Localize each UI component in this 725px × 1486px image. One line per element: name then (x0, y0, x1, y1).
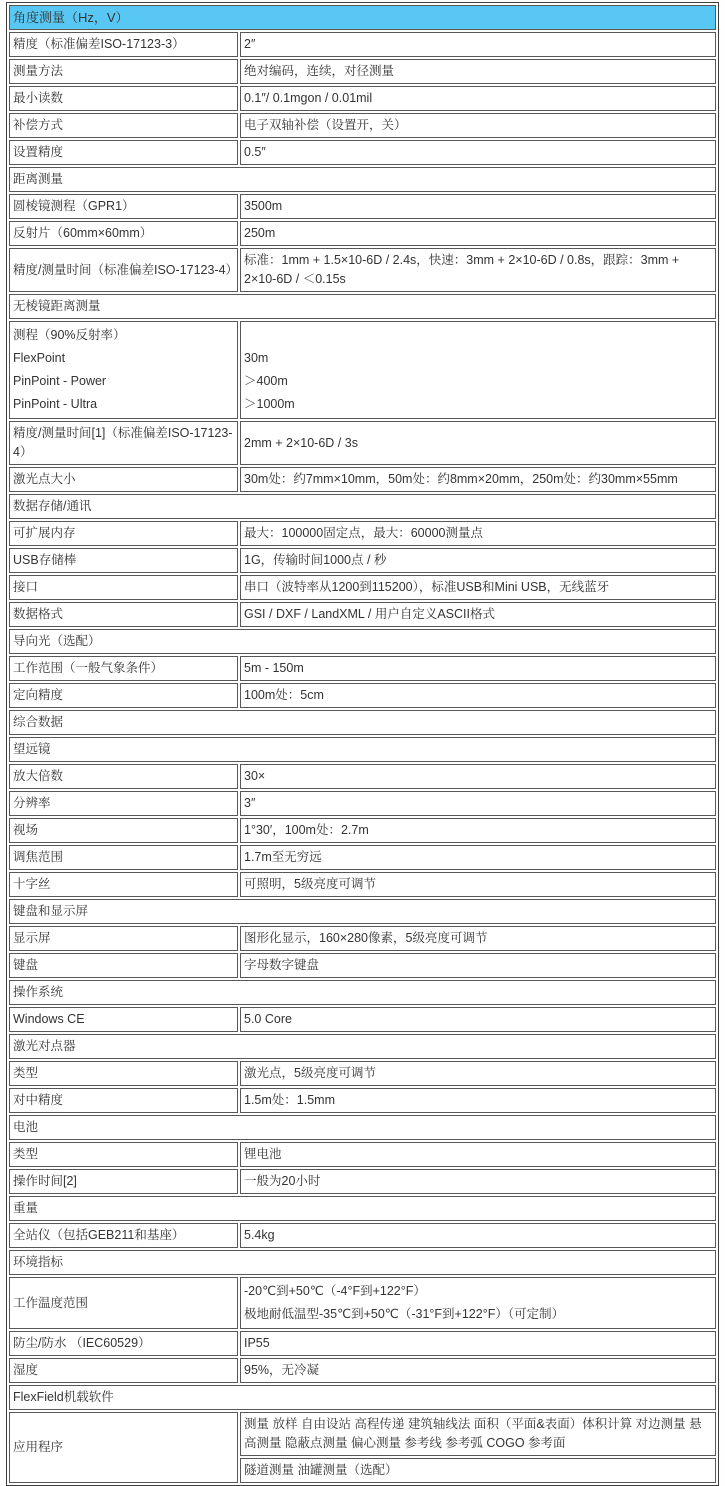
spec-label: 反射片（60mm×60mm） (9, 221, 238, 246)
spec-value: 3500m (240, 194, 716, 219)
spec-label: 设置精度 (9, 140, 238, 165)
spec-row: 定向精度100m处：5cm (9, 683, 716, 708)
spec-row: 调焦范围1.7m至无穷远 (9, 845, 716, 870)
spec-value: 95%，无冷凝 (240, 1358, 716, 1383)
spec-value: 0.1″/ 0.1mgon / 0.01mil (240, 86, 716, 111)
spec-label: 显示屏 (9, 926, 238, 951)
section-title: 综合数据 (9, 710, 716, 735)
spec-row: 显示屏图形化显示，160×280像素，5级亮度可调节 (9, 926, 716, 951)
spec-page: 角度测量（Hz，V）精度（标准偏差ISO-17123-3）2″测量方法绝对编码，… (0, 0, 725, 1465)
spec-row: 十字丝可照明，5级亮度可调节 (9, 872, 716, 897)
spec-value: 250m (240, 221, 716, 246)
spec-value: 1°30′，100m处：2.7m (240, 818, 716, 843)
section-title: 激光对点器 (9, 1034, 716, 1059)
spec-value: 3″ (240, 791, 716, 816)
spec-row: 工作范围（一般气象条件）5m - 150m (9, 656, 716, 681)
spec-value: 30m＞400m＞1000m (240, 321, 716, 419)
spec-value: 5.4kg (240, 1223, 716, 1248)
spec-row: 圆棱镜测程（GPR1）3500m (9, 194, 716, 219)
spec-value: 隧道测量 油罐测量（选配） (240, 1458, 716, 1483)
spec-value: 0.5″ (240, 140, 716, 165)
spec-row: 补偿方式电子双轴补偿（设置开，关） (9, 113, 716, 138)
spec-label: 测量方法 (9, 59, 238, 84)
section-title: 导向光（选配） (9, 629, 716, 654)
spec-value: 字母数字键盘 (240, 953, 716, 978)
section-header-row: FlexField机载软件 (9, 1385, 716, 1410)
spec-row: 精度/测量时间（标准偏差ISO-17123-4）标准：1mm + 1.5×10-… (9, 248, 716, 292)
section-header-row: 综合数据 (9, 710, 716, 735)
spec-label: 可扩展内存 (9, 521, 238, 546)
section-header-row: 无棱镜距离测量 (9, 294, 716, 319)
section-header-row: 距离测量 (9, 167, 716, 192)
section-header-row: 环境指标 (9, 1250, 716, 1275)
spec-label: 补偿方式 (9, 113, 238, 138)
spec-value: 一般为20小时 (240, 1169, 716, 1194)
spec-value: 100m处：5cm (240, 683, 716, 708)
spec-label: 对中精度 (9, 1088, 238, 1113)
spec-value: IP55 (240, 1331, 716, 1356)
section-header-row: 激光对点器 (9, 1034, 716, 1059)
section-title: 环境指标 (9, 1250, 716, 1275)
spec-label: 工作范围（一般气象条件） (9, 656, 238, 681)
spec-row: 最小读数0.1″/ 0.1mgon / 0.01mil (9, 86, 716, 111)
cell-line: PinPoint - Ultra (13, 393, 233, 416)
section-title: 数据存储/通讯 (9, 494, 716, 519)
spec-label: 类型 (9, 1142, 238, 1167)
spec-row: 湿度95%，无冷凝 (9, 1358, 716, 1383)
spec-row: 防尘/防水 （IEC60529）IP55 (9, 1331, 716, 1356)
spec-label: 调焦范围 (9, 845, 238, 870)
section-header-row: 导向光（选配） (9, 629, 716, 654)
spec-label: 键盘 (9, 953, 238, 978)
spec-value: 锂电池 (240, 1142, 716, 1167)
spec-label: 十字丝 (9, 872, 238, 897)
cell-line: PinPoint - Power (13, 370, 233, 393)
cell-line: ＞1000m (244, 393, 711, 416)
spec-value: 30m处：约7mm×10mm，50m处：约8mm×20mm，250m处：约30m… (240, 467, 716, 492)
spec-value: -20℃到+50℃（-4°F到+122°F）极地耐低温型-35℃到+50℃（-3… (240, 1277, 716, 1329)
section-title: 重量 (9, 1196, 716, 1221)
section-header-row: 数据存储/通讯 (9, 494, 716, 519)
spec-row: 类型激光点，5级亮度可调节 (9, 1061, 716, 1086)
section-title: 键盘和显示屏 (9, 899, 716, 924)
spec-value: 绝对编码，连续，对径测量 (240, 59, 716, 84)
spec-value: 1.5m处：1.5mm (240, 1088, 716, 1113)
spec-label: 最小读数 (9, 86, 238, 111)
section-header-row: 操作系统 (9, 980, 716, 1005)
spec-row: 键盘字母数字键盘 (9, 953, 716, 978)
table-header-title: 角度测量（Hz，V） (9, 5, 716, 30)
section-title: 无棱镜距离测量 (9, 294, 716, 319)
spec-label: 精度/测量时间[1]（标准偏差ISO-17123-4） (9, 421, 238, 465)
cell-line: -20℃到+50℃（-4°F到+122°F） (244, 1280, 711, 1303)
spec-value: 2″ (240, 32, 716, 57)
spec-row: USB存储棒1G，传输时间1000点 / 秒 (9, 548, 716, 573)
cell-line: 30m (244, 347, 711, 370)
section-title: 望远镜 (9, 737, 716, 762)
spec-row: 应用程序测量 放样 自由设站 高程传递 建筑轴线法 面积（平面&表面）体积计算 … (9, 1412, 716, 1456)
spec-value: 2mm + 2×10-6D / 3s (240, 421, 716, 465)
spec-value: 1.7m至无穷远 (240, 845, 716, 870)
spec-label: 接口 (9, 575, 238, 600)
spec-row: 全站仪（包括GEB211和基座）5.4kg (9, 1223, 716, 1248)
cell-line: 极地耐低温型-35℃到+50℃（-31°F到+122°F）（可定制） (244, 1303, 711, 1326)
cell-line (244, 324, 711, 347)
spec-value: 1G，传输时间1000点 / 秒 (240, 548, 716, 573)
spec-row: 精度（标准偏差ISO-17123-3）2″ (9, 32, 716, 57)
spec-row: 类型锂电池 (9, 1142, 716, 1167)
spec-label: 防尘/防水 （IEC60529） (9, 1331, 238, 1356)
spec-label: 定向精度 (9, 683, 238, 708)
spec-label: 类型 (9, 1061, 238, 1086)
spec-label: 数据格式 (9, 602, 238, 627)
cell-line: 测程（90%反射率） (13, 324, 233, 347)
spec-value: 30× (240, 764, 716, 789)
section-title: FlexField机载软件 (9, 1385, 716, 1410)
spec-row: 数据格式GSI / DXF / LandXML / 用户自定义ASCII格式 (9, 602, 716, 627)
spec-label: 精度/测量时间（标准偏差ISO-17123-4） (9, 248, 238, 292)
spec-label: 测程（90%反射率）FlexPointPinPoint - PowerPinPo… (9, 321, 238, 419)
spec-value: GSI / DXF / LandXML / 用户自定义ASCII格式 (240, 602, 716, 627)
spec-row: 测量方法绝对编码，连续，对径测量 (9, 59, 716, 84)
spec-row-multiline: 工作温度范围-20℃到+50℃（-4°F到+122°F）极地耐低温型-35℃到+… (9, 1277, 716, 1329)
spec-row: 设置精度0.5″ (9, 140, 716, 165)
spec-value: 激光点，5级亮度可调节 (240, 1061, 716, 1086)
section-header-row: 键盘和显示屏 (9, 899, 716, 924)
spec-row: 对中精度1.5m处：1.5mm (9, 1088, 716, 1113)
section-title: 操作系统 (9, 980, 716, 1005)
spec-row-multiline: 测程（90%反射率）FlexPointPinPoint - PowerPinPo… (9, 321, 716, 419)
spec-label: 激光点大小 (9, 467, 238, 492)
spec-value: 5m - 150m (240, 656, 716, 681)
cell-line: FlexPoint (13, 347, 233, 370)
spec-row: 操作时间[2]一般为20小时 (9, 1169, 716, 1194)
spec-label: 视场 (9, 818, 238, 843)
spec-row: 视场1°30′，100m处：2.7m (9, 818, 716, 843)
spec-value: 最大：100000固定点，最大：60000测量点 (240, 521, 716, 546)
spec-value: 图形化显示，160×280像素，5级亮度可调节 (240, 926, 716, 951)
spec-row: 放大倍数30× (9, 764, 716, 789)
section-header-row: 电池 (9, 1115, 716, 1140)
spec-value: 可照明，5级亮度可调节 (240, 872, 716, 897)
spec-row: 精度/测量时间[1]（标准偏差ISO-17123-4）2mm + 2×10-6D… (9, 421, 716, 465)
spec-label: 操作时间[2] (9, 1169, 238, 1194)
spec-row: 可扩展内存最大：100000固定点，最大：60000测量点 (9, 521, 716, 546)
section-header-row: 望远镜 (9, 737, 716, 762)
section-title: 距离测量 (9, 167, 716, 192)
spec-table: 角度测量（Hz，V）精度（标准偏差ISO-17123-3）2″测量方法绝对编码，… (6, 2, 719, 1486)
spec-value: 电子双轴补偿（设置开，关） (240, 113, 716, 138)
spec-label: Windows CE (9, 1007, 238, 1032)
spec-label: 全站仪（包括GEB211和基座） (9, 1223, 238, 1248)
spec-value: 测量 放样 自由设站 高程传递 建筑轴线法 面积（平面&表面）体积计算 对边测量… (240, 1412, 716, 1456)
spec-row: 反射片（60mm×60mm）250m (9, 221, 716, 246)
spec-value: 标准：1mm + 1.5×10-6D / 2.4s，快速：3mm + 2×10-… (240, 248, 716, 292)
spec-label: 湿度 (9, 1358, 238, 1383)
spec-label: 圆棱镜测程（GPR1） (9, 194, 238, 219)
spec-value: 串口（波特率从1200到115200），标准USB和Mini USB，无线蓝牙 (240, 575, 716, 600)
cell-line: ＞400m (244, 370, 711, 393)
table-header-row: 角度测量（Hz，V） (9, 5, 716, 30)
spec-row: 接口串口（波特率从1200到115200），标准USB和Mini USB，无线蓝… (9, 575, 716, 600)
spec-label: USB存储棒 (9, 548, 238, 573)
section-title: 电池 (9, 1115, 716, 1140)
section-header-row: 重量 (9, 1196, 716, 1221)
spec-table-body: 角度测量（Hz，V）精度（标准偏差ISO-17123-3）2″测量方法绝对编码，… (9, 5, 716, 1483)
spec-row: 激光点大小30m处：约7mm×10mm，50m处：约8mm×20mm，250m处… (9, 467, 716, 492)
spec-label: 精度（标准偏差ISO-17123-3） (9, 32, 238, 57)
spec-value: 5.0 Core (240, 1007, 716, 1032)
spec-label: 工作温度范围 (9, 1277, 238, 1329)
spec-row: Windows CE5.0 Core (9, 1007, 716, 1032)
spec-label: 分辨率 (9, 791, 238, 816)
spec-label: 应用程序 (9, 1412, 238, 1483)
spec-label: 放大倍数 (9, 764, 238, 789)
spec-row: 分辨率3″ (9, 791, 716, 816)
